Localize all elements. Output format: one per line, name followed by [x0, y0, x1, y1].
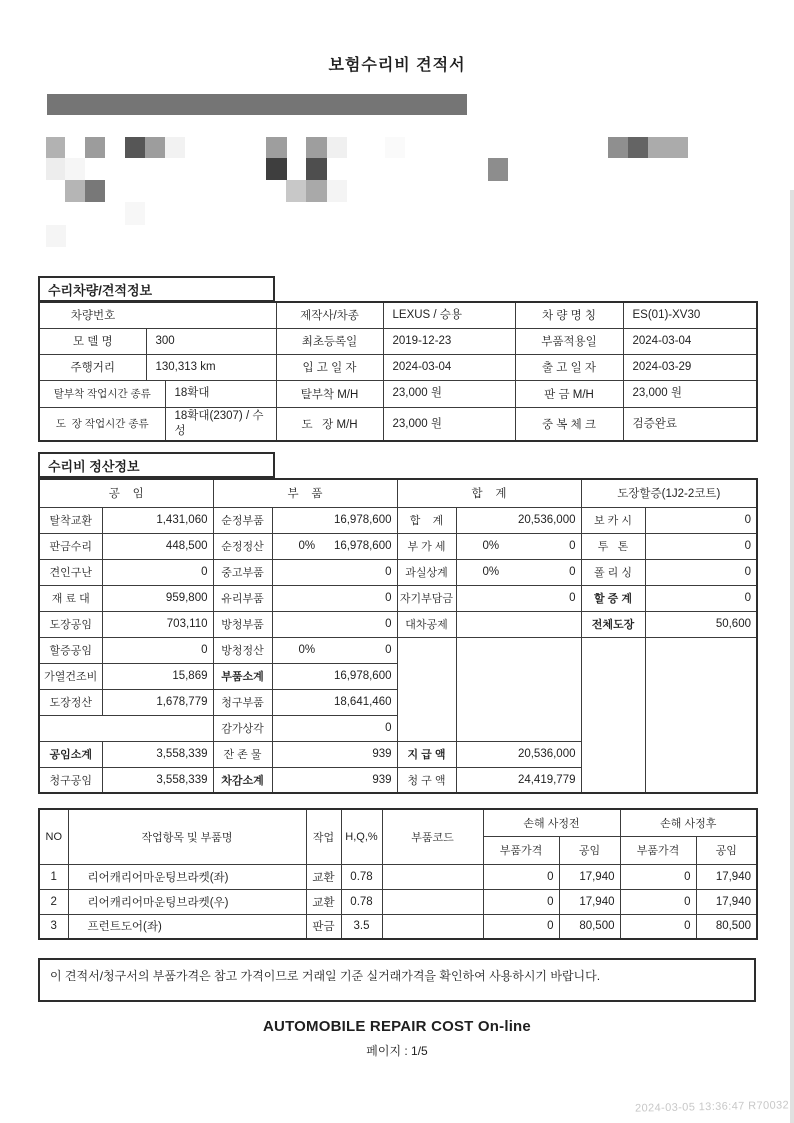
column-header-before-adjust: 손해 사정전	[483, 809, 620, 836]
amount-value: 0	[385, 644, 391, 656]
field-label: 도 장 작업시간 종류	[39, 407, 165, 441]
redaction-block	[85, 180, 105, 202]
redaction-block	[385, 137, 405, 158]
field-value: 2024-03-04	[623, 328, 757, 354]
column-header-item-name: 작업항목 및 부품명	[68, 809, 306, 864]
field-value: 2024-03-04	[383, 354, 515, 380]
field-value: 2019-12-23	[383, 328, 515, 354]
field-label: 유리부품	[213, 585, 272, 611]
item-name: 리어캐리어마운팅브라켓(좌)	[68, 864, 306, 889]
field-label: 도장공임	[39, 611, 102, 637]
field-label: 감가상각	[213, 715, 272, 741]
field-value: 0	[645, 585, 757, 611]
column-header-total: 합 계	[397, 479, 581, 507]
item-after-price: 0	[620, 914, 696, 939]
column-header-paint-surcharge: 도장할증(1J2-2코트)	[581, 479, 757, 507]
field-value: 0	[102, 637, 213, 663]
field-value: 2024-03-29	[623, 354, 757, 380]
field-label: 청구공임	[39, 767, 102, 793]
item-before-labor: 80,500	[559, 914, 620, 939]
field-label: 중고부품	[213, 559, 272, 585]
redaction-block	[790, 190, 794, 1123]
redaction-block	[286, 180, 306, 202]
field-label: 대차공제	[397, 611, 456, 637]
item-before-labor: 17,940	[559, 889, 620, 914]
table-row: 차량번호 제작사/차종 LEXUS / 승용 차 량 명 칭 ES(01)-XV…	[39, 302, 757, 328]
field-value: 0%0	[272, 637, 397, 663]
field-label: 탈부착 M/H	[276, 380, 383, 407]
redaction-block	[125, 202, 145, 225]
table-row: 도 장 작업시간 종류 18확대(2307) / 수성 도 장 M/H 23,0…	[39, 407, 757, 441]
field-value: 0	[272, 611, 397, 637]
field-value: 448,500	[102, 533, 213, 559]
redaction-block	[65, 180, 85, 202]
field-value: 939	[272, 741, 397, 767]
field-value: 18확대(2307) / 수성	[165, 407, 276, 441]
item-no: 2	[39, 889, 68, 914]
column-header-no: NO	[39, 809, 68, 864]
redaction-block	[47, 94, 467, 115]
item-no: 3	[39, 914, 68, 939]
column-header-after-adjust: 손해 사정후	[620, 809, 757, 836]
field-label: 가열건조비	[39, 663, 102, 689]
table-header-row: NO 작업항목 및 부품명 작업 H,Q,% 부품코드 손해 사정전 손해 사정…	[39, 809, 757, 836]
table-row: 2 리어캐리어마운팅브라켓(우) 교환 0.78 0 17,940 0 17,9…	[39, 889, 757, 914]
field-value: 50,600	[645, 611, 757, 637]
item-before-price: 0	[483, 864, 559, 889]
field-value: 16,978,600	[272, 507, 397, 533]
field-label: 제작사/차종	[276, 302, 383, 328]
field-value: 18확대	[165, 380, 276, 407]
field-label: 지 급 액	[397, 741, 456, 767]
table-row: 할증공임 0 방청정산 0%0	[39, 637, 757, 663]
empty-cell	[39, 715, 213, 741]
field-value: 0%0	[456, 533, 581, 559]
field-value: 16,978,600	[272, 663, 397, 689]
redaction-block	[306, 137, 327, 158]
field-value: 23,000 원	[383, 407, 515, 441]
item-part-code	[382, 914, 483, 939]
redaction-block	[488, 158, 508, 181]
field-label: 공임소계	[39, 741, 102, 767]
section-tab-vehicle-info-label: 수리차량/견적정보	[48, 280, 152, 299]
field-label: 방청정산	[213, 637, 272, 663]
field-value: 23,000 원	[383, 380, 515, 407]
field-value: 23,000 원	[623, 380, 757, 407]
section-tab-settlement-info: 수리비 정산정보	[38, 452, 275, 478]
column-header-hq: H,Q,%	[341, 809, 382, 864]
field-value: 15,869	[102, 663, 213, 689]
redaction-block	[145, 137, 165, 158]
redaction-block	[628, 137, 648, 158]
field-label: 폴 리 싱	[581, 559, 645, 585]
field-value: 0	[272, 559, 397, 585]
field-value: 0	[645, 507, 757, 533]
field-label: 모 델 명	[39, 328, 146, 354]
redaction-block	[608, 137, 628, 158]
field-value: 1,678,779	[102, 689, 213, 715]
field-label: 보 카 시	[581, 507, 645, 533]
redaction-block	[266, 158, 287, 180]
item-hq: 3.5	[341, 914, 382, 939]
field-value	[146, 302, 276, 328]
field-label: 할증공임	[39, 637, 102, 663]
field-value: 300	[146, 328, 276, 354]
field-value: 18,641,460	[272, 689, 397, 715]
settlement-table: 공 임 부 품 합 계 도장할증(1J2-2코트) 탈착교환 1,431,060…	[38, 478, 758, 794]
column-header-labor: 공임	[696, 836, 757, 864]
item-after-labor: 17,940	[696, 864, 757, 889]
item-part-code	[382, 889, 483, 914]
service-brand-text: AUTOMOBILE REPAIR COST On-line	[0, 1018, 794, 1035]
page-title: 보험수리비 견적서	[0, 52, 794, 75]
item-hq: 0.78	[341, 889, 382, 914]
field-label: 순정부품	[213, 507, 272, 533]
field-value: 20,536,000	[456, 741, 581, 767]
field-label: 견인구난	[39, 559, 102, 585]
empty-cell	[645, 637, 757, 793]
item-before-price: 0	[483, 889, 559, 914]
column-header-labor: 공 임	[39, 479, 213, 507]
field-value: 24,419,779	[456, 767, 581, 793]
estimate-document-page: 보험수리비 견적서 수리차량/견적정보 차량번호 제작사/차종 LEXUS / …	[0, 0, 794, 1123]
item-name: 프런트도어(좌)	[68, 914, 306, 939]
table-header-row: 공 임 부 품 합 계 도장할증(1J2-2코트)	[39, 479, 757, 507]
field-value: ES(01)-XV30	[623, 302, 757, 328]
field-label: 방청부품	[213, 611, 272, 637]
field-value: 검증완료	[623, 407, 757, 441]
amount-value: 16,978,600	[334, 540, 392, 552]
column-header-part-price: 부품가격	[620, 836, 696, 864]
item-after-labor: 80,500	[696, 914, 757, 939]
field-value: 1,431,060	[102, 507, 213, 533]
field-label: 차량번호	[39, 302, 146, 328]
field-label: 주행거리	[39, 354, 146, 380]
field-label: 출 고 일 자	[515, 354, 623, 380]
field-value: 0	[272, 715, 397, 741]
field-label: 도 장 M/H	[276, 407, 383, 441]
empty-cell	[456, 637, 581, 741]
field-label: 투 톤	[581, 533, 645, 559]
item-after-labor: 17,940	[696, 889, 757, 914]
redaction-block	[165, 137, 185, 158]
page-number: 페이지 : 1/5	[0, 1042, 794, 1059]
empty-cell	[581, 637, 645, 793]
field-label: 전체도장	[581, 611, 645, 637]
field-value: 959,800	[102, 585, 213, 611]
item-no: 1	[39, 864, 68, 889]
print-timestamp: 2024-03-05 13:36:47 R70032	[635, 1099, 789, 1114]
field-label: 부 가 세	[397, 533, 456, 559]
redaction-block	[266, 137, 287, 158]
amount-value: 0	[569, 540, 575, 552]
amount-value: 0	[569, 566, 575, 578]
item-after-price: 0	[620, 864, 696, 889]
percent-value: 0%	[299, 644, 316, 656]
field-label: 합 계	[397, 507, 456, 533]
table-row: 모 델 명 300 최초등록일 2019-12-23 부품적용일 2024-03…	[39, 328, 757, 354]
redaction-block	[306, 158, 327, 180]
percent-value: 0%	[483, 540, 500, 552]
field-label: 차감소계	[213, 767, 272, 793]
field-label: 순정정산	[213, 533, 272, 559]
field-label: 부품적용일	[515, 328, 623, 354]
work-items-table: NO 작업항목 및 부품명 작업 H,Q,% 부품코드 손해 사정전 손해 사정…	[38, 808, 758, 940]
table-row: 탈착교환 1,431,060 순정부품 16,978,600 합 계 20,53…	[39, 507, 757, 533]
field-value: 0	[645, 533, 757, 559]
column-header-labor: 공임	[559, 836, 620, 864]
field-label: 과실상계	[397, 559, 456, 585]
notice-box: 이 견적서/청구서의 부품가격은 참고 가격이므로 거래일 기준 실거래가격을 …	[38, 958, 756, 1002]
field-label: 청 구 액	[397, 767, 456, 793]
field-value: 3,558,339	[102, 767, 213, 793]
item-name: 리어캐리어마운팅브라켓(우)	[68, 889, 306, 914]
field-value: 703,110	[102, 611, 213, 637]
field-label: 자기부담금	[397, 585, 456, 611]
field-label: 판금수리	[39, 533, 102, 559]
field-value: 0	[456, 585, 581, 611]
column-header-part-code: 부품코드	[382, 809, 483, 864]
field-label: 최초등록일	[276, 328, 383, 354]
item-before-labor: 17,940	[559, 864, 620, 889]
item-before-price: 0	[483, 914, 559, 939]
field-value	[456, 611, 581, 637]
field-value: 0	[645, 559, 757, 585]
vehicle-info-table: 차량번호 제작사/차종 LEXUS / 승용 차 량 명 칭 ES(01)-XV…	[38, 301, 758, 442]
field-label: 입 고 일 자	[276, 354, 383, 380]
redaction-block	[46, 137, 65, 158]
field-label: 할 증 계	[581, 585, 645, 611]
field-value: 0	[102, 559, 213, 585]
field-label: 청구부품	[213, 689, 272, 715]
field-value: 0%0	[456, 559, 581, 585]
item-after-price: 0	[620, 889, 696, 914]
redaction-block	[648, 137, 688, 158]
field-value: 0%16,978,600	[272, 533, 397, 559]
field-label: 탈부착 작업시간 종류	[39, 380, 165, 407]
column-header-work: 작업	[306, 809, 341, 864]
table-row: 견인구난 0 중고부품 0 과실상계 0%0 폴 리 싱 0	[39, 559, 757, 585]
field-label: 부품소계	[213, 663, 272, 689]
section-tab-settlement-info-label: 수리비 정산정보	[48, 456, 140, 475]
table-row: 탈부착 작업시간 종류 18확대 탈부착 M/H 23,000 원 판 금 M/…	[39, 380, 757, 407]
field-value: 0	[272, 585, 397, 611]
field-value: 20,536,000	[456, 507, 581, 533]
redaction-block	[65, 158, 85, 180]
field-label: 재 료 대	[39, 585, 102, 611]
redaction-block	[306, 180, 327, 202]
item-work: 판금	[306, 914, 341, 939]
table-row: 1 리어캐리어마운팅브라켓(좌) 교환 0.78 0 17,940 0 17,9…	[39, 864, 757, 889]
field-value: 939	[272, 767, 397, 793]
column-header-parts: 부 품	[213, 479, 397, 507]
section-tab-vehicle-info: 수리차량/견적정보	[38, 276, 275, 302]
item-hq: 0.78	[341, 864, 382, 889]
notice-text: 이 견적서/청구서의 부품가격은 참고 가격이므로 거래일 기준 실거래가격을 …	[50, 969, 600, 983]
table-row: 3 프런트도어(좌) 판금 3.5 0 80,500 0 80,500	[39, 914, 757, 939]
redaction-block	[125, 137, 145, 158]
percent-value: 0%	[299, 540, 316, 552]
redaction-block	[327, 137, 347, 158]
item-work: 교환	[306, 864, 341, 889]
item-part-code	[382, 864, 483, 889]
field-label: 차 량 명 칭	[515, 302, 623, 328]
redaction-block	[46, 158, 65, 180]
field-label: 판 금 M/H	[515, 380, 623, 407]
field-value: 3,558,339	[102, 741, 213, 767]
empty-cell	[397, 637, 456, 741]
field-label: 중 복 체 크	[515, 407, 623, 441]
redaction-block	[46, 225, 66, 247]
redaction-block	[327, 180, 347, 202]
table-row: 주행거리 130,313 km 입 고 일 자 2024-03-04 출 고 일…	[39, 354, 757, 380]
field-value: 130,313 km	[146, 354, 276, 380]
redaction-block	[85, 137, 105, 158]
field-label: 잔 존 물	[213, 741, 272, 767]
item-work: 교환	[306, 889, 341, 914]
table-row: 도장공임 703,110 방청부품 0 대차공제 전체도장 50,600	[39, 611, 757, 637]
field-label: 탈착교환	[39, 507, 102, 533]
field-value: LEXUS / 승용	[383, 302, 515, 328]
percent-value: 0%	[483, 566, 500, 578]
column-header-part-price: 부품가격	[483, 836, 559, 864]
table-row: 판금수리 448,500 순정정산 0%16,978,600 부 가 세 0%0…	[39, 533, 757, 559]
field-label: 도장정산	[39, 689, 102, 715]
table-row: 재 료 대 959,800 유리부품 0 자기부담금 0 할 증 계 0	[39, 585, 757, 611]
